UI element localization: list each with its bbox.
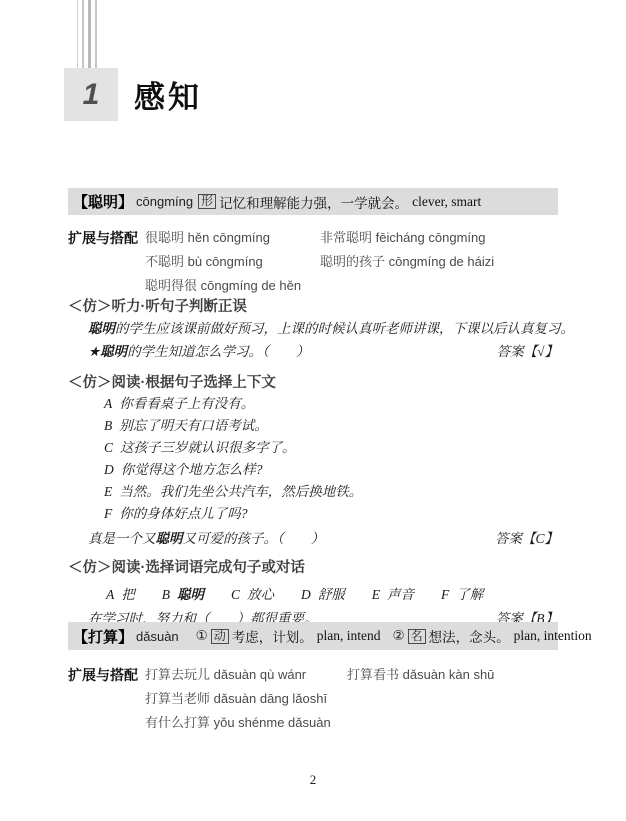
expansion-block-dasuan: 扩展与搭配 打算去玩儿 dǎsuàn qù wánr 打算看书 dǎsuàn k…: [68, 663, 558, 735]
collocation: 打算去玩儿 dǎsuàn qù wánr: [145, 663, 347, 687]
entry-definition: 想法，念头。: [429, 626, 510, 646]
option-text: 这孩子三岁就认识很多字了。: [120, 440, 296, 455]
entry-pinyin: dǎsuàn: [136, 629, 179, 644]
option-text: 你的身体好点儿了吗?: [119, 506, 247, 521]
entry-definition: 考虑，计划。: [232, 626, 313, 646]
pos-tag: 名: [408, 629, 426, 644]
section-header-reading-context: ＜仿＞阅读·根据句子选择上下文: [68, 371, 276, 392]
word-option: D舒服: [301, 583, 345, 603]
entry-headword: 【聪明】: [73, 191, 133, 212]
textbook-page: 1 感知 【聪明】 cōngmíng 形 记忆和理解能力强，一学就会。 clev…: [0, 0, 626, 821]
option-letter: D: [301, 587, 311, 602]
option-row: B别忘了明天有口语考试。: [104, 415, 362, 437]
collocation: 非常聪明 fēicháng cōngmíng: [320, 226, 485, 250]
question-text: 真是一个又: [88, 531, 156, 546]
collocation-row: 有什么打算 yǒu shénme dǎsuàn: [145, 711, 558, 735]
chapter-number: 1: [83, 78, 100, 112]
word-option: F了解: [441, 583, 483, 603]
keyword-bold: 聪明: [100, 344, 127, 359]
collocation: 有什么打算 yǒu shénme dǎsuàn: [145, 711, 347, 735]
keyword-bold: 聪明: [156, 531, 183, 546]
collocation: 聪明的孩子 cōngmíng de háizi: [320, 250, 494, 274]
entry-english: plan, intend: [317, 628, 381, 644]
expansion-label: 扩展与搭配: [68, 665, 138, 685]
question-text: 又可爱的孩子。（ ）: [183, 531, 325, 546]
option-row: E当然。我们先坐公共汽车，然后换地铁。: [104, 481, 362, 503]
collocation-row: 打算去玩儿 dǎsuàn qù wánr 打算看书 dǎsuàn kàn shū: [145, 663, 558, 687]
pos-tag: 动: [211, 629, 229, 644]
sense-number: ②: [393, 628, 405, 644]
expansion-block-congming: 扩展与搭配 很聪明 hěn cōngmíng 非常聪明 fēicháng cōn…: [68, 226, 558, 298]
reading1-options: A你看看桌子上有没有。 B别忘了明天有口语考试。 C这孩子三岁就认识很多字了。 …: [104, 393, 362, 525]
option-letter: E: [104, 484, 112, 499]
page-number: 2: [0, 772, 626, 788]
option-word: 放心: [247, 587, 274, 602]
entry-pinyin: cōngmíng: [136, 194, 193, 209]
sense-number: ①: [196, 628, 208, 644]
reading2-options: A把 B聪明 C放心 D舒服 E声音 F了解: [106, 583, 483, 603]
option-letter: F: [441, 587, 449, 602]
entry-bar-dasuan: 【打算】 dǎsuàn ① 动 考虑，计划。 plan, intend ② 名 …: [68, 622, 558, 650]
option-letter: A: [106, 587, 114, 602]
entry-headword: 【打算】: [73, 626, 133, 647]
word-option: E声音: [372, 583, 414, 603]
option-row: F你的身体好点儿了吗?: [104, 503, 362, 525]
option-letter: E: [372, 587, 380, 602]
reading1-question-row: 真是一个又聪明又可爱的孩子。（ ） 答案【C】: [88, 527, 558, 547]
option-text: 你觉得这个地方怎么样?: [121, 462, 263, 477]
collocation-row: 不聪明 bù cōngmíng 聪明的孩子 cōngmíng de háizi: [145, 250, 558, 274]
option-letter: D: [104, 462, 114, 477]
option-word: 声音: [387, 587, 414, 602]
option-letter: C: [231, 587, 240, 602]
collocation-row: 很聪明 hěn cōngmíng 非常聪明 fēicháng cōngmíng: [145, 226, 558, 250]
pos-tag: 形: [198, 194, 216, 209]
option-letter: A: [104, 396, 112, 411]
entry-english: clever, smart: [412, 194, 481, 210]
expansion-label: 扩展与搭配: [68, 228, 138, 248]
option-word: 聪明: [177, 587, 204, 602]
collocation: 打算当老师 dǎsuàn dāng lǎoshī: [145, 687, 347, 711]
passage-text: 的学生应该课前做好预习，上课的时候认真听老师讲课，下课以后认真复习。: [115, 321, 574, 336]
collocation: 很聪明 hěn cōngmíng: [145, 226, 320, 250]
question-text: 的学生知道怎么学习。（ ）: [127, 344, 309, 359]
keyword-bold: 聪明: [88, 321, 115, 336]
star-icon: ★: [88, 344, 100, 359]
listening-question: ★聪明的学生知道怎么学习。（ ）: [88, 340, 309, 360]
option-row: A你看看桌子上有没有。: [104, 393, 362, 415]
answer-key: 答案【√】: [497, 340, 558, 360]
chapter-number-box: 1: [64, 68, 118, 121]
entry-bar-congming: 【聪明】 cōngmíng 形 记忆和理解能力强，一学就会。 clever, s…: [68, 188, 558, 215]
option-text: 当然。我们先坐公共汽车，然后换地铁。: [119, 484, 362, 499]
chapter-title: 感知: [134, 72, 202, 117]
option-row: C这孩子三岁就认识很多字了。: [104, 437, 362, 459]
listening-passage: 聪明的学生应该课前做好预习，上课的时候认真听老师讲课，下课以后认真复习。: [88, 317, 558, 337]
option-row: D你觉得这个地方怎么样?: [104, 459, 362, 481]
option-text: 你看看桌子上有没有。: [119, 396, 254, 411]
deco-lines: [77, 0, 97, 69]
entry-english: plan, intention: [514, 628, 592, 644]
word-option: B聪明: [162, 583, 204, 603]
option-word: 了解: [456, 587, 483, 602]
collocation: 不聪明 bù cōngmíng: [145, 250, 320, 274]
option-text: 别忘了明天有口语考试。: [119, 418, 268, 433]
entry-definition: 记忆和理解能力强，一学就会。: [219, 192, 408, 212]
listening-question-row: ★聪明的学生知道怎么学习。（ ） 答案【√】: [88, 340, 558, 360]
word-option: A把: [106, 583, 135, 603]
option-word: 把: [121, 587, 135, 602]
word-option: C放心: [231, 583, 274, 603]
option-letter: B: [162, 587, 170, 602]
collocation-row: 打算当老师 dǎsuàn dāng lǎoshī: [145, 687, 558, 711]
option-word: 舒服: [318, 587, 345, 602]
option-letter: C: [104, 440, 113, 455]
section-header-listening: ＜仿＞听力·听句子判断正误: [68, 295, 247, 316]
reading1-question: 真是一个又聪明又可爱的孩子。（ ）: [88, 527, 324, 547]
option-letter: B: [104, 418, 112, 433]
collocation: 打算看书 dǎsuàn kàn shū: [347, 663, 494, 687]
section-header-reading-fill: ＜仿＞阅读·选择词语完成句子或对话: [68, 556, 305, 577]
answer-key: 答案【C】: [495, 527, 558, 547]
option-letter: F: [104, 506, 112, 521]
